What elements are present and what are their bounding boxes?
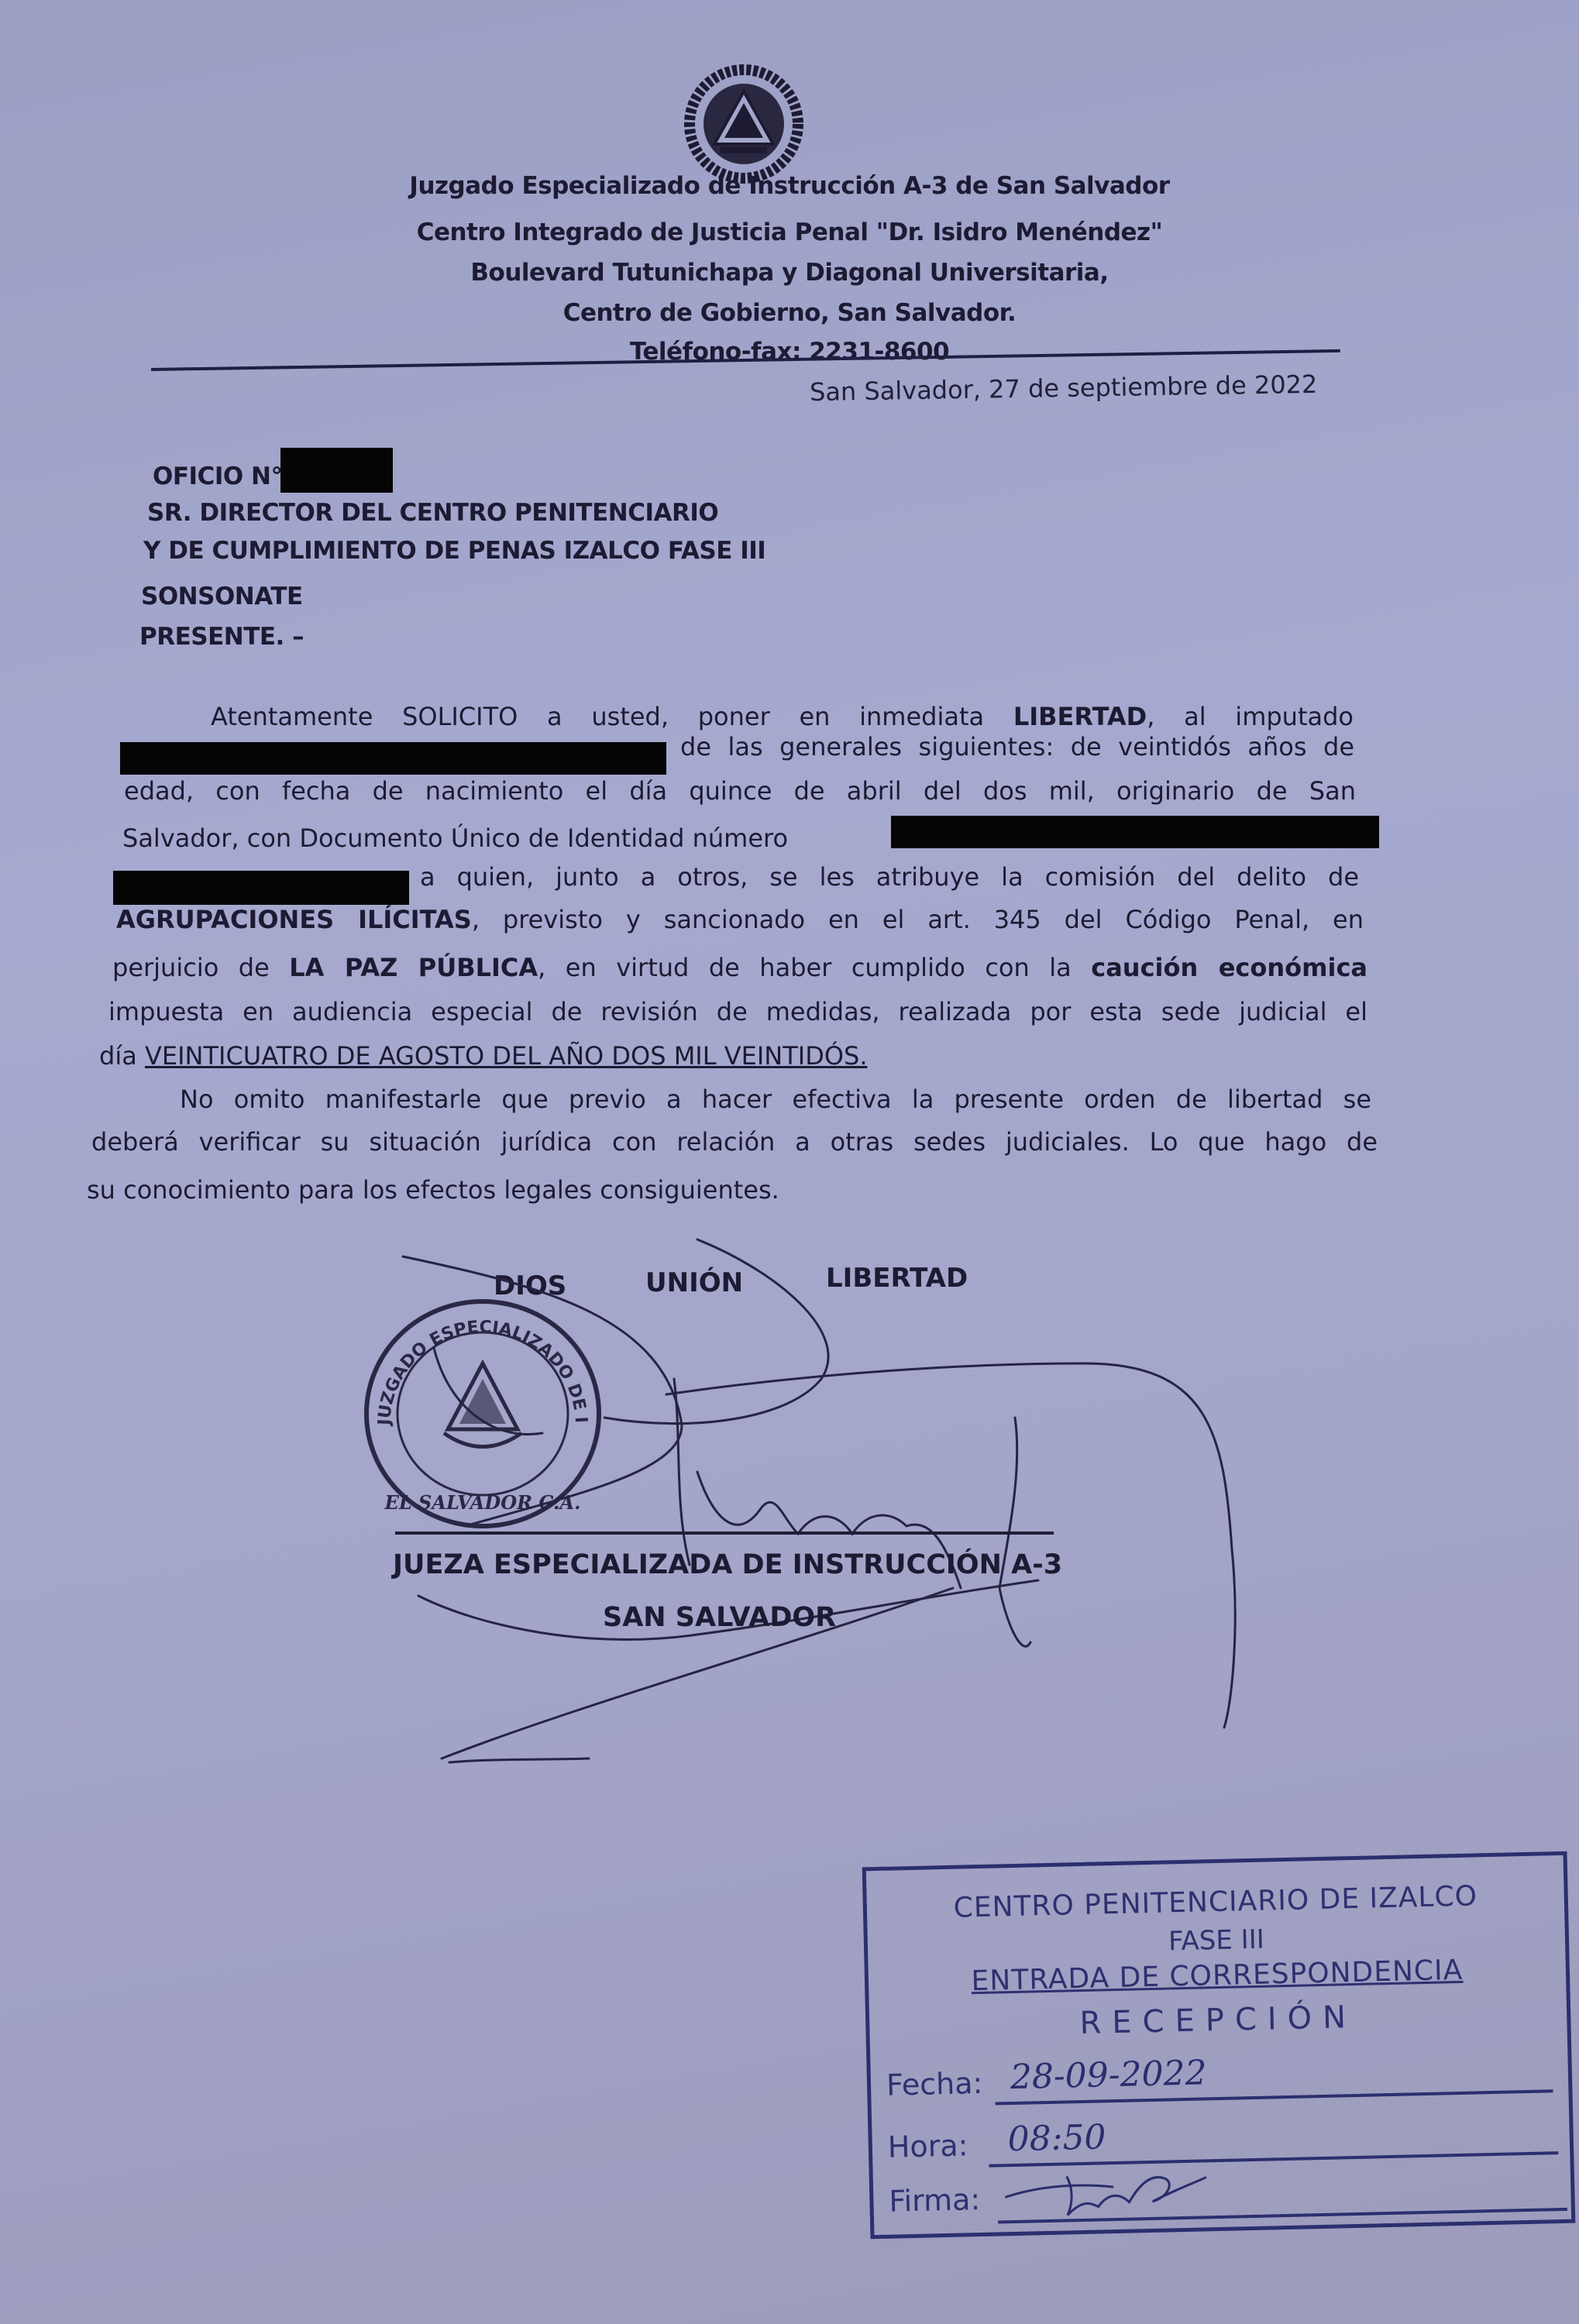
reception-stamp: CENTRO PENITENCIARIO DE IZALCO FASE III … — [862, 1851, 1576, 2240]
stamp-hora-value: 08:50 — [1007, 2117, 1106, 2159]
stamp-signature-icon — [996, 2157, 1230, 2225]
stamp-reception: RECEPCIÓN — [869, 1995, 1567, 2046]
stamp-hora-label: Hora: — [887, 2128, 968, 2164]
judge-location: SAN SALVADOR — [603, 1602, 836, 1633]
stamp-fecha-value: 28-09-2022 — [1010, 2053, 1207, 2097]
signature-line — [395, 1532, 1054, 1535]
stamp-fecha-label: Fecha: — [886, 2066, 983, 2102]
judge-title: JUEZA ESPECIALIZADA DE INSTRUCCIÓN A-3 — [393, 1549, 1062, 1580]
stamp-firma-label: Firma: — [889, 2182, 981, 2219]
court-document: Juzgado Especializado de Instrucción A-3… — [0, 0, 1579, 2324]
